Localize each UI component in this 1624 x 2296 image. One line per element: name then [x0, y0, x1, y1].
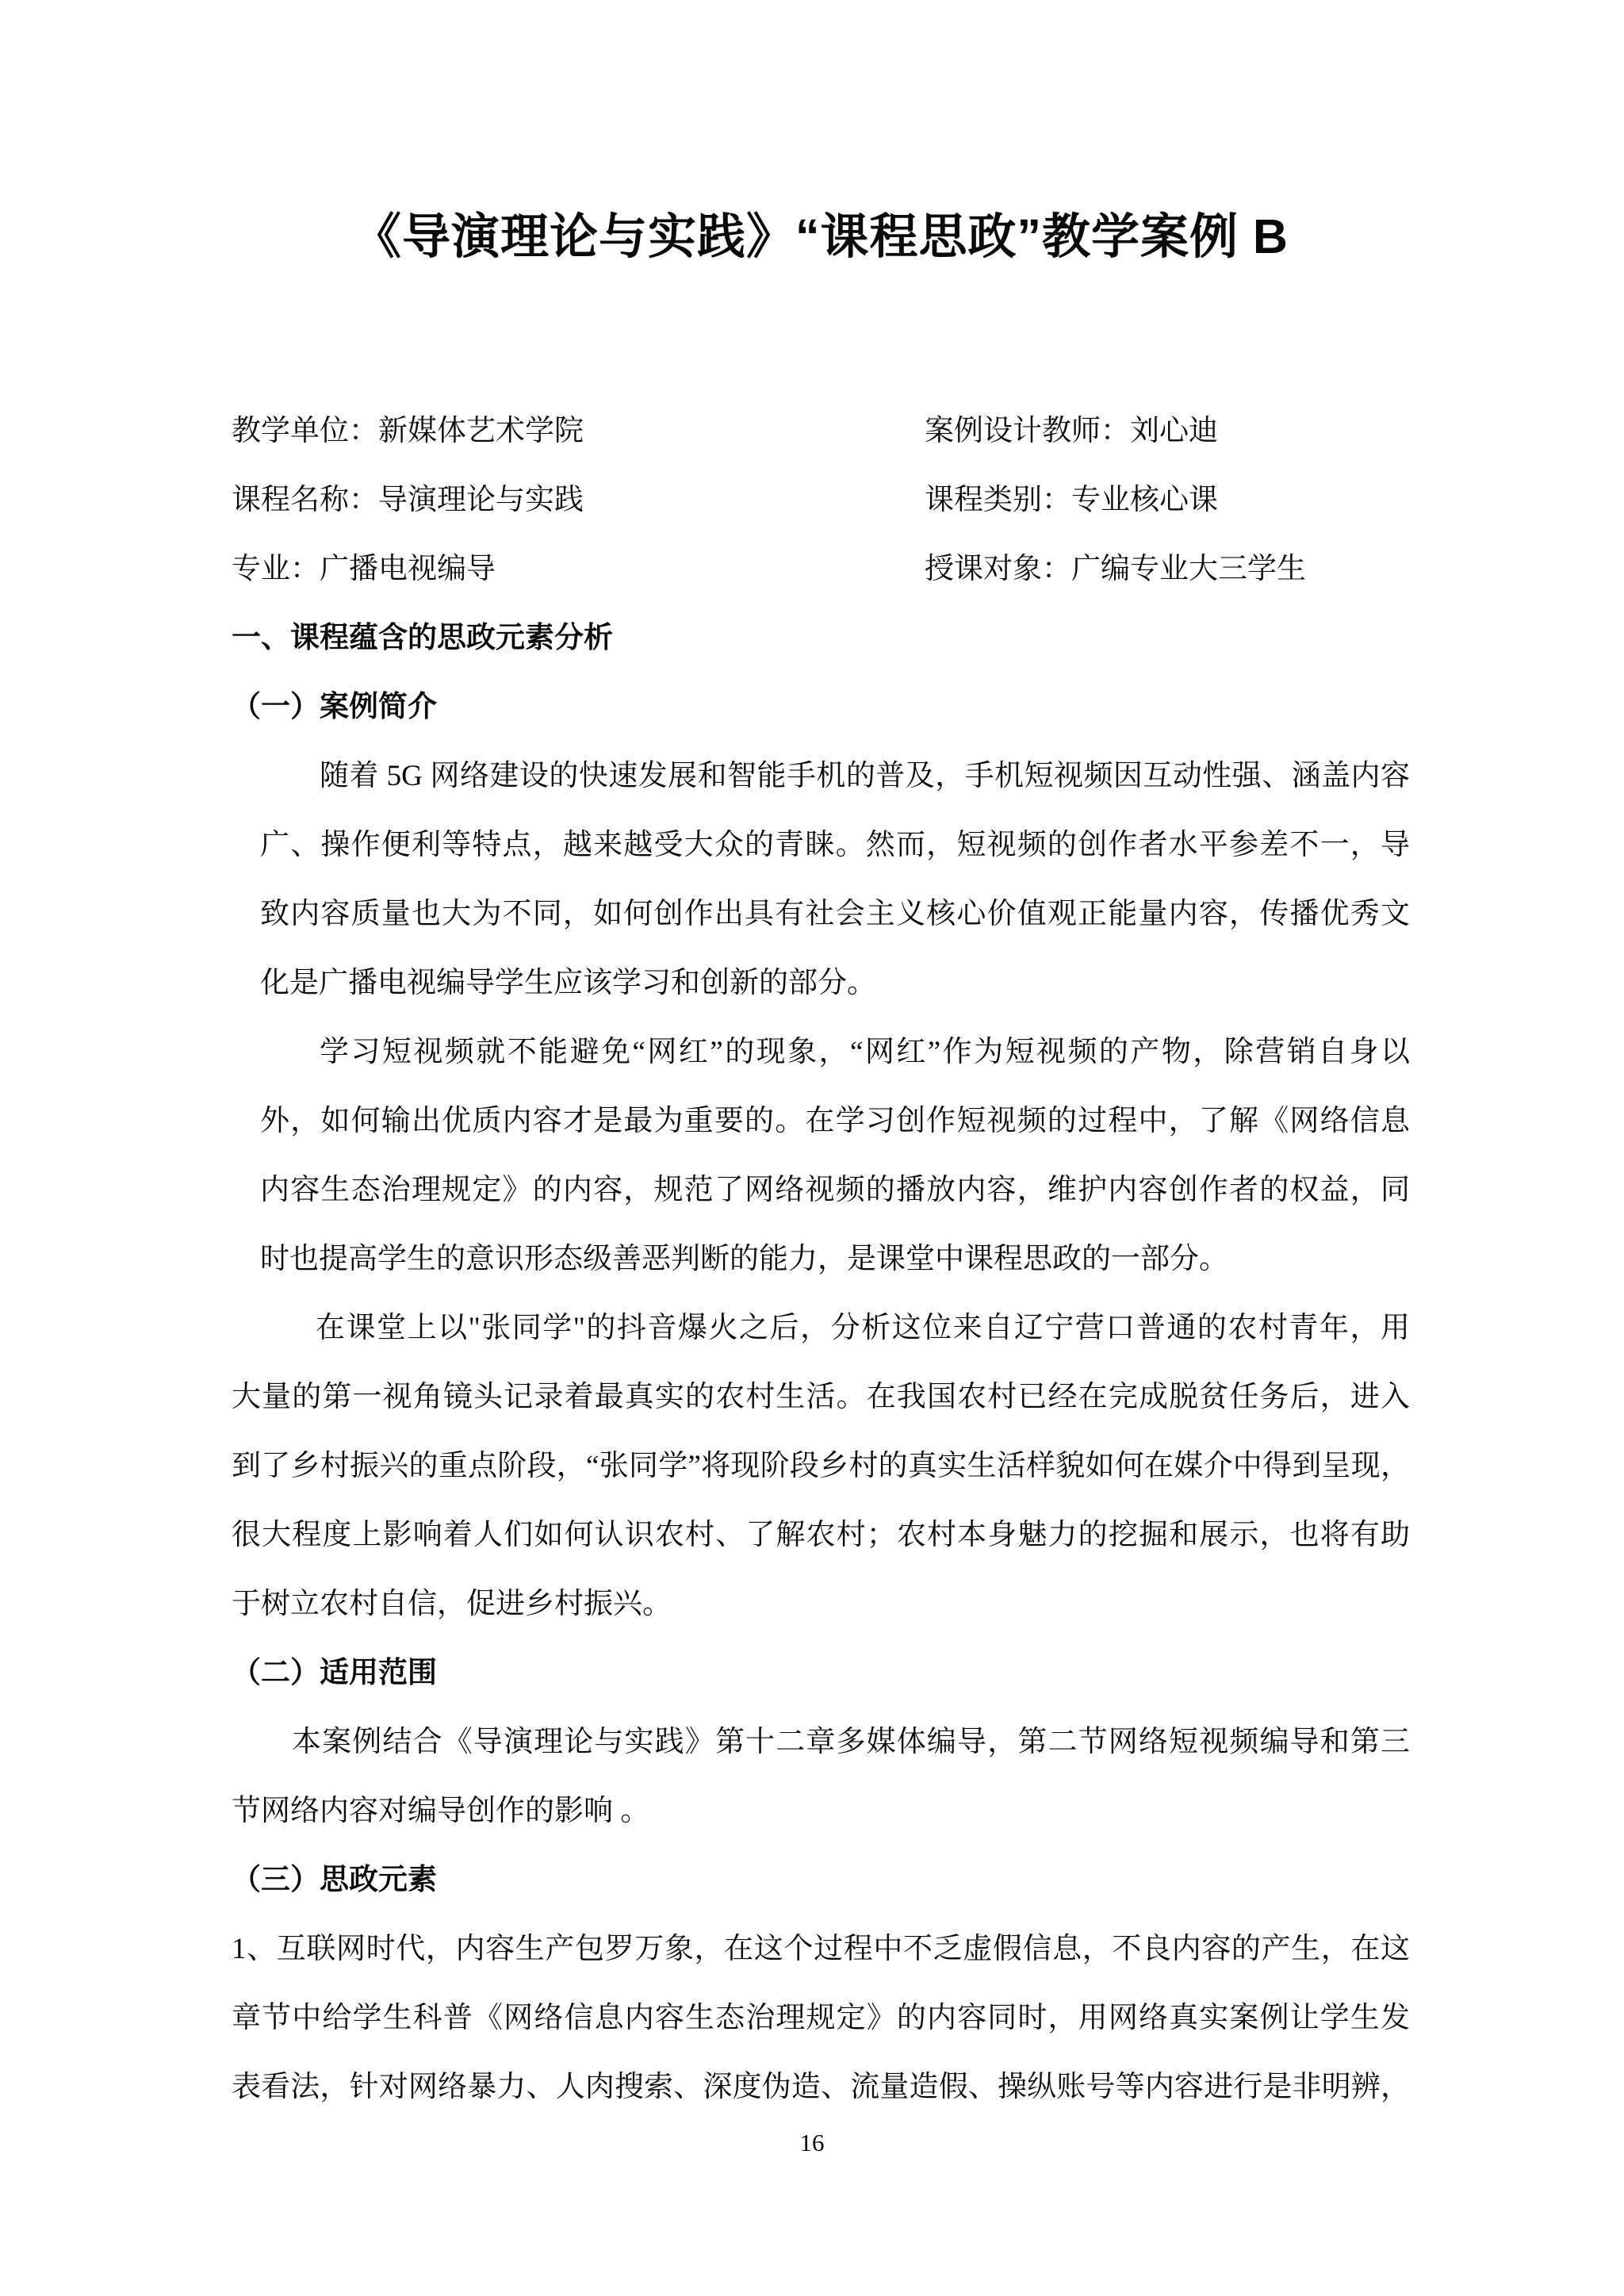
- text-line: 大量的第一视角镜头记录着最真实的农村生活。在我国农村已经在完成脱贫任务后，进入: [232, 1363, 1410, 1432]
- info-row: 课程名称：导演理论与实践 课程类别：专业核心课: [232, 466, 1410, 535]
- text-line: 章节中给学生科普《网络信息内容生态治理规定》的内容同时，用网络真实案例让学生发: [232, 1984, 1410, 2053]
- text-line: 化是广播电视编导学生应该学习和创新的部分。: [260, 949, 1410, 1018]
- paragraph-case-intro-2: 学习短视频就不能避免“网红”的现象，“网红”作为短视频的产物，除营销自身以外，如…: [260, 1018, 1410, 1294]
- text-line: 到了乡村振兴的重点阶段，“张同学”将现阶段乡村的真实生活样貌如何在媒介中得到呈现…: [232, 1432, 1410, 1501]
- text-line: 节网络内容对编导创作的影响 。: [232, 1777, 1410, 1846]
- paragraph-case-intro-1: 随着 5G 网络建设的快速发展和智能手机的普及，手机短视频因互动性强、涵盖内容广…: [260, 742, 1410, 1018]
- info-major: 专业：广播电视编导: [232, 535, 925, 604]
- text-line: 随着 5G 网络建设的快速发展和智能手机的普及，手机短视频因互动性强、涵盖内容: [260, 742, 1410, 811]
- text-line: 时也提高学生的意识形态级善恶判断的能力，是课堂中课程思政的一部分。: [260, 1225, 1410, 1294]
- text-line: 致内容质量也大为不同，如何创作出具有社会主义核心价值观正能量内容，传播优秀文: [260, 880, 1410, 949]
- paragraph-ideological-elements-1: 1、互联网时代，内容生产包罗万象，在这个过程中不乏虚假信息，不良内容的产生，在这…: [232, 1915, 1410, 2122]
- subsection-heading-ideological-elements: （三）思政元素: [232, 1846, 1410, 1915]
- info-case-designer: 案例设计教师：刘心迪: [925, 397, 1410, 466]
- document-title: 《导演理论与实践》“课程思政”教学案例 B: [232, 202, 1410, 271]
- subsection-heading-scope: （二）适用范围: [232, 1639, 1410, 1708]
- info-course-name: 课程名称：导演理论与实践: [232, 466, 925, 535]
- paragraph-case-intro-3: 在课堂上以"张同学"的抖音爆火之后，分析这位来自辽宁营口普通的农村青年，用大量的…: [232, 1294, 1410, 1639]
- paragraph-scope: 本案例结合《导演理论与实践》第十二章多媒体编导，第二节网络短视频编导和第三节网络…: [232, 1708, 1410, 1846]
- document-content: 《导演理论与实践》“课程思政”教学案例 B 教学单位：新媒体艺术学院 案例设计教…: [232, 202, 1410, 2122]
- info-course-type: 课程类别：专业核心课: [925, 466, 1410, 535]
- text-line: 学习短视频就不能避免“网红”的现象，“网红”作为短视频的产物，除营销自身以: [260, 1018, 1410, 1087]
- text-line: 1、互联网时代，内容生产包罗万象，在这个过程中不乏虚假信息，不良内容的产生，在这: [232, 1915, 1410, 1984]
- text-line: 表看法，针对网络暴力、人肉搜索、深度伪造、流量造假、操纵账号等内容进行是非明辨，: [232, 2053, 1410, 2122]
- document-page: 《导演理论与实践》“课程思政”教学案例 B 教学单位：新媒体艺术学院 案例设计教…: [0, 0, 1624, 2296]
- text-line: 广、操作便利等特点，越来越受大众的青睐。然而，短视频的创作者水平参差不一，导: [260, 811, 1410, 880]
- subsection-heading-case-intro: （一）案例简介: [232, 673, 1410, 742]
- info-audience: 授课对象：广编专业大三学生: [925, 535, 1410, 604]
- info-row: 专业：广播电视编导 授课对象：广编专业大三学生: [232, 535, 1410, 604]
- text-line: 很大程度上影响着人们如何认识农村、了解农村；农村本身魅力的挖掘和展示，也将有助: [232, 1501, 1410, 1570]
- info-teaching-unit: 教学单位：新媒体艺术学院: [232, 397, 925, 466]
- text-line: 外，如何输出优质内容才是最为重要的。在学习创作短视频的过程中，了解《网络信息: [260, 1087, 1410, 1156]
- text-line: 本案例结合《导演理论与实践》第十二章多媒体编导，第二节网络短视频编导和第三: [232, 1708, 1410, 1777]
- text-line: 于树立农村自信，促进乡村振兴。: [232, 1570, 1410, 1639]
- info-row: 教学单位：新媒体艺术学院 案例设计教师：刘心迪: [232, 397, 1410, 466]
- text-line: 在课堂上以"张同学"的抖音爆火之后，分析这位来自辽宁营口普通的农村青年，用: [232, 1294, 1410, 1363]
- main-section-heading: 一、课程蕴含的思政元素分析: [232, 604, 1410, 673]
- course-info-block: 教学单位：新媒体艺术学院 案例设计教师：刘心迪 课程名称：导演理论与实践 课程类…: [232, 397, 1410, 604]
- text-line: 内容生态治理规定》的内容，规范了网络视频的播放内容，维护内容创作者的权益，同: [260, 1156, 1410, 1225]
- page-number: 16: [0, 2127, 1624, 2159]
